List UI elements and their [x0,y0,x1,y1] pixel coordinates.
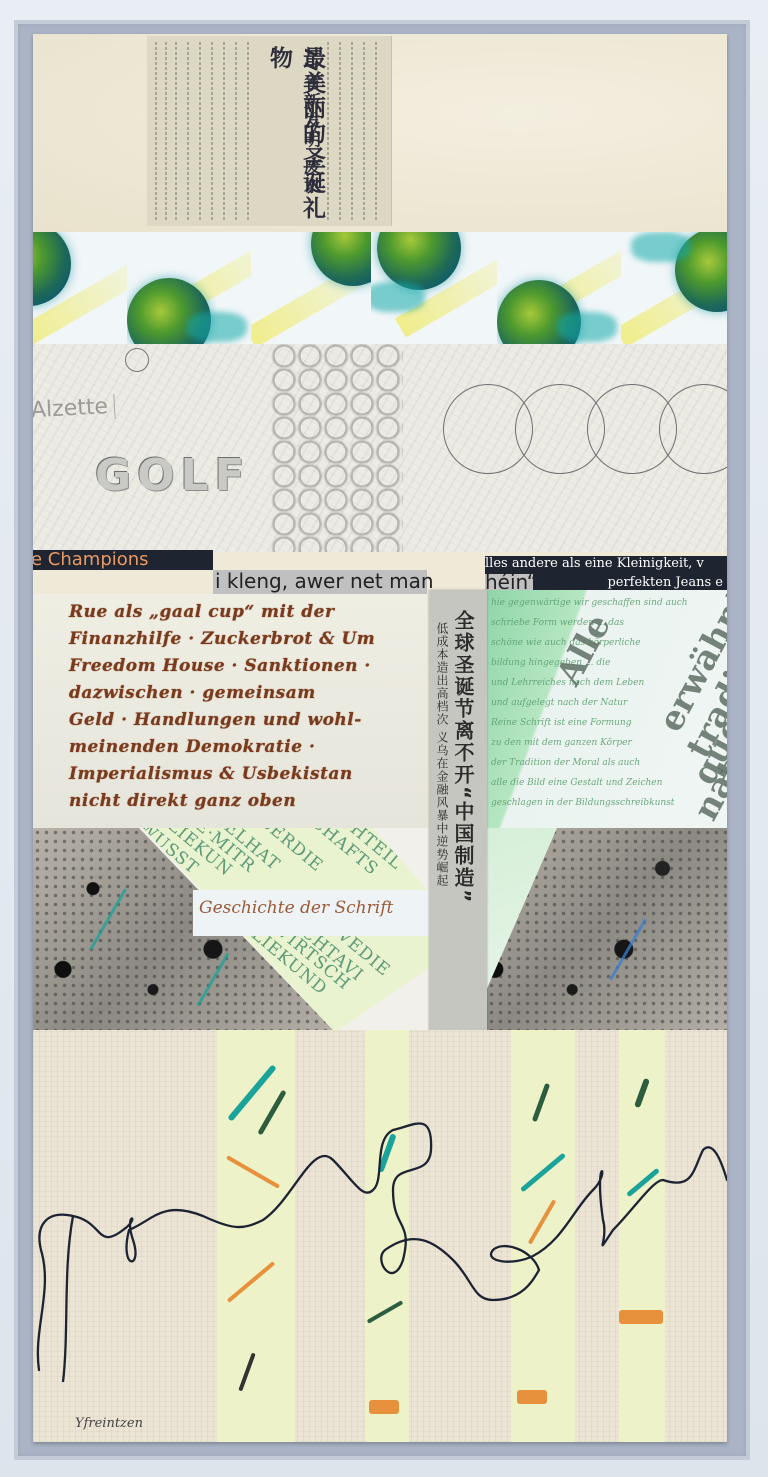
orb-tile [251,232,371,344]
chinese-subline: 低成本造出高档次 义乌在金融风暴中逆势崛起 [434,622,451,887]
handwritten-letter: Rue als „gaal cup“ mit der Finanzhilfe ·… [33,594,427,828]
clipping-champions: e Champions [33,550,213,570]
chinese-newspaper-clipping: 最美丽的圣诞礼物 77省新发明 废水 [147,36,392,226]
chinese-headline-made-in-china: 全球圣诞节离不开“中国制造” [449,610,478,904]
rubbing-dot-pattern [271,344,403,552]
orb-tile [127,232,251,344]
top-paper-band: 最美丽的圣诞礼物 77省新发明 废水 [33,34,727,232]
pencil-rubbing-band: Alzette GOLF [33,344,727,552]
artist-signature: Yfreintzen [75,1416,143,1431]
orb-tile [497,232,621,344]
newspaper-headline-inventions: 77省新发明 废水 [298,46,323,196]
marbled-band: WUSST LIEKUN E·MITR ELHAT BERDIE SCHAFTS… [33,828,727,1030]
orb-tile [621,232,727,344]
chinese-vertical-clipping: 全球圣诞节离不开“中国制造” 低成本造出高档次 义乌在金融风暴中逆势崛起 [429,590,487,1072]
rubbing-text-golf: GOLF [95,450,251,501]
painted-orb-band [33,232,727,344]
orb-tile [371,232,497,344]
orb-tile [33,232,127,344]
black-thread [33,1030,727,1442]
collage-canvas: 最美丽的圣诞礼物 77省新发明 废水 [33,34,727,1442]
rubbing-text-alzette: Alzette [33,394,116,423]
letter-band: Rue als „gaal cup“ mit der Finanzhilfe ·… [33,590,727,828]
rubbing-stamp-icon [125,348,149,372]
papyrus-band: Yfreintzen [33,1030,727,1442]
green-calligraphy-panel: hie gegenwärtige wir geschaffen sind auc… [487,590,727,828]
